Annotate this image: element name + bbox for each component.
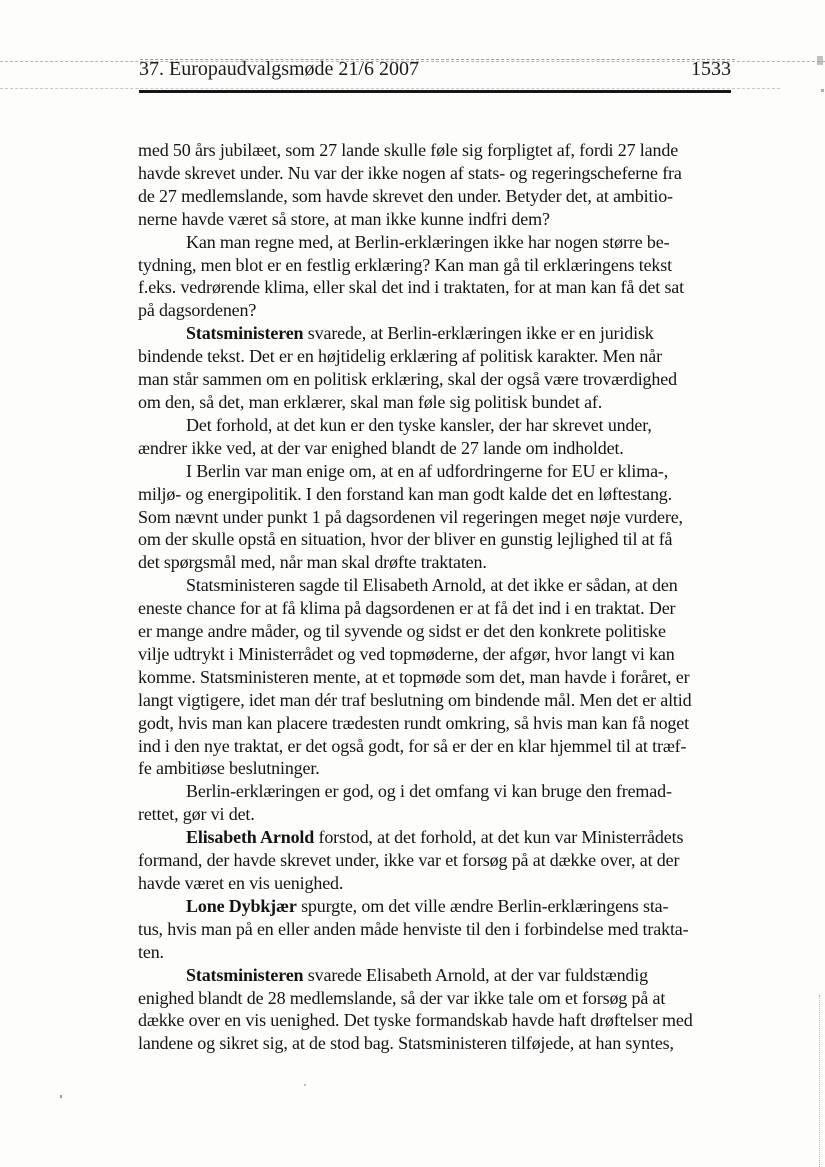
text-line: Statsministeren sagde til Elisabeth Arno… [138, 574, 716, 597]
text-line: enighed blandt de 28 medlemslande, så de… [138, 987, 716, 1010]
paragraph: Elisabeth Arnold forstod, at det forhold… [138, 826, 716, 895]
paragraph: Det forhold, at det kun er den tyske kan… [138, 414, 716, 460]
text-line: miljø- og energipolitik. I den forstand … [138, 483, 716, 506]
text-line: rettet, gør vi det. [138, 803, 716, 826]
header-title: 37. Europaudvalgsmøde 21/6 2007 [139, 58, 419, 80]
text-line: f.eks. vedrørende klima, eller skal det … [138, 276, 716, 299]
text-line: ind i den nye traktat, er det også godt,… [138, 735, 716, 758]
scan-artifact-dashed-line [0, 88, 780, 89]
text-line: ændrer ikke ved, at der var enighed blan… [138, 437, 716, 460]
text-line: om den, så det, man erklærer, skal man f… [138, 391, 716, 414]
scan-artifact-speck [304, 1084, 306, 1086]
paragraph: Berlin-erklæringen er god, og i det omfa… [138, 780, 716, 826]
paragraph: Kan man regne med, at Berlin-erklæringen… [138, 231, 716, 323]
document-body: med 50 års jubilæet, som 27 lande skulle… [138, 139, 716, 1055]
text-line: de 27 medlemslande, som havde skrevet de… [138, 185, 716, 208]
text-line: I Berlin var man enige om, at en af udfo… [138, 460, 716, 483]
text-line: Som nævnt under punkt 1 på dagsordenen v… [138, 506, 716, 529]
paragraph: I Berlin var man enige om, at en af udfo… [138, 460, 716, 575]
text-line: det spørgsmål med, når man skal drøfte t… [138, 551, 716, 574]
text-line: tydning, men blot er en festlig erklærin… [138, 254, 716, 277]
text-line: dække over en vis uenighed. Det tyske fo… [138, 1009, 716, 1032]
text-line: ten. [138, 941, 716, 964]
text-line: man står sammen om en politisk erklæring… [138, 368, 716, 391]
text-line: komme. Statsministeren mente, at et topm… [138, 666, 716, 689]
text-line: er mange andre måder, og til syvende og … [138, 620, 716, 643]
text-line: godt, hvis man kan placere trædesten run… [138, 712, 716, 735]
page-header: 37. Europaudvalgsmøde 21/6 2007 1533 [139, 58, 731, 80]
scan-artifact-speck [60, 1095, 62, 1098]
paragraph: med 50 års jubilæet, som 27 lande skulle… [138, 139, 716, 231]
page-number: 1533 [691, 58, 731, 80]
text-line: Statsministeren svarede Elisabeth Arnold… [138, 964, 716, 987]
paragraph: Statsministeren svarede, at Berlin-erklæ… [138, 322, 716, 414]
speaker-name: Statsministeren [186, 965, 303, 985]
text-line: Kan man regne med, at Berlin-erklæringen… [138, 231, 716, 254]
paragraph: Statsministeren svarede Elisabeth Arnold… [138, 964, 716, 1056]
text-line: Statsministeren svarede, at Berlin-erklæ… [138, 322, 716, 345]
text-line: fe ambitiøse beslutninger. [138, 757, 716, 780]
text-line: nerne havde været så store, at man ikke … [138, 208, 716, 231]
text-line: havde været en vis uenighed. [138, 872, 716, 895]
text-line: bindende tekst. Det er en højtidelig erk… [138, 345, 716, 368]
text-line: havde skrevet under. Nu var der ikke nog… [138, 162, 716, 185]
speaker-name: Elisabeth Arnold [186, 827, 314, 847]
text-line: på dagsordenen? [138, 299, 716, 322]
scan-artifact-vertical-dots [819, 995, 820, 1167]
text-line: om der skulle opstå en situation, hvor d… [138, 528, 716, 551]
speaker-name: Statsministeren [186, 323, 303, 343]
text-line: eneste chance for at få klima på dagsord… [138, 597, 716, 620]
speaker-name: Lone Dybkjær [186, 896, 297, 916]
text-line: tus, hvis man på en eller anden måde hen… [138, 918, 716, 941]
text-line: Berlin-erklæringen er god, og i det omfa… [138, 780, 716, 803]
text-line: formand, der havde skrevet under, ikke v… [138, 849, 716, 872]
text-line: langt vigtigere, idet man dér traf beslu… [138, 689, 716, 712]
text-line: Elisabeth Arnold forstod, at det forhold… [138, 826, 716, 849]
scanned-document-page: 37. Europaudvalgsmøde 21/6 2007 1533 med… [0, 0, 825, 1167]
text-line: med 50 års jubilæet, som 27 lande skulle… [138, 139, 716, 162]
text-line: vilje udtrykt i Ministerrådet og ved top… [138, 643, 716, 666]
paragraph: Lone Dybkjær spurgte, om det ville ændre… [138, 895, 716, 964]
header-rule [139, 90, 731, 93]
paragraph: Statsministeren sagde til Elisabeth Arno… [138, 574, 716, 780]
text-line: landene og sikret sig, at de stod bag. S… [138, 1032, 716, 1055]
text-line: Det forhold, at det kun er den tyske kan… [138, 414, 716, 437]
scan-artifact-edge-mark [817, 56, 823, 65]
text-line: Lone Dybkjær spurgte, om det ville ændre… [138, 895, 716, 918]
scan-artifact-edge-speck [821, 89, 824, 92]
